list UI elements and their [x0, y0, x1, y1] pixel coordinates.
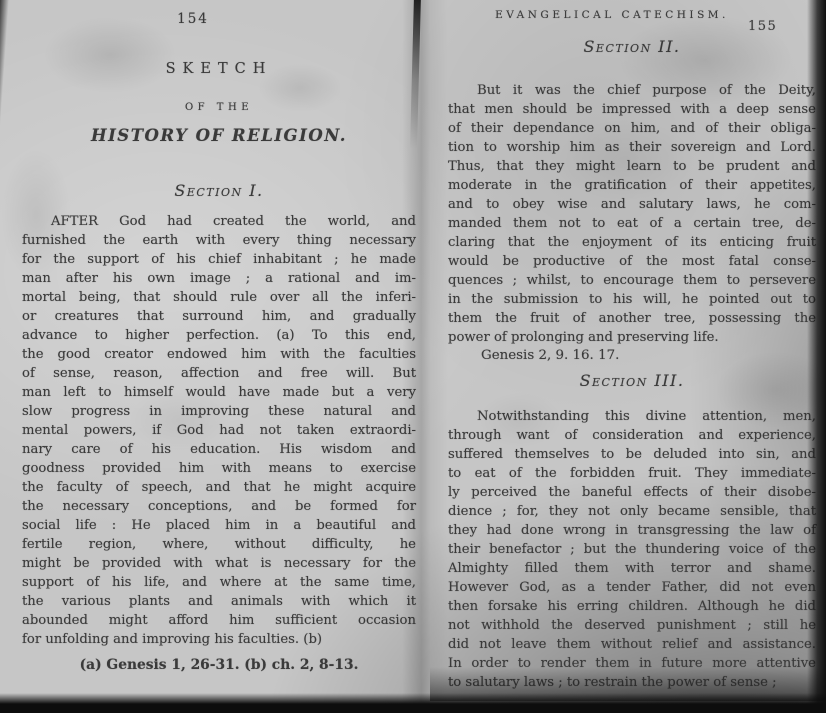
text-line: that men should be impressed with a deep…	[448, 100, 816, 119]
text-line: man after his own image ; a rational and…	[22, 269, 416, 288]
text-line: dience ; for, they not only became sensi…	[448, 502, 816, 521]
text-line: mental powers, if God had not taken extr…	[22, 421, 416, 440]
section-3-paragraph: Notwithstanding this divine attention, m…	[448, 407, 816, 692]
left-page-number: 154	[158, 11, 228, 27]
text-line: Thus, that they might learn to be pruden…	[448, 157, 816, 176]
text-line: the faculty of speech, and that he might…	[22, 478, 416, 497]
text-line: AFTER God had created the world, and	[22, 212, 416, 231]
text-line: In order to render them in future more a…	[448, 654, 816, 673]
text-line: and to obey wise and salutary laws, he c…	[448, 195, 816, 214]
text-line: or creatures that surround him, and grad…	[22, 307, 416, 326]
text-line: But it was the chief purpose of the Deit…	[448, 81, 816, 100]
text-line: social life : He placed him in a beautif…	[22, 516, 416, 535]
text-line: not withhold the deserved punishment ; s…	[448, 616, 816, 635]
text-line: quences ; whilst, to encourage them to p…	[448, 271, 816, 290]
section-2-paragraph: But it was the chief purpose of the Deit…	[448, 81, 816, 347]
text-line: power of prolonging and preserving life.	[448, 328, 816, 347]
text-line: fertile region, where, without difficult…	[22, 535, 416, 554]
text-line: through want of consideration and experi…	[448, 426, 816, 445]
text-line: in the submission to his will, he pointe…	[448, 290, 816, 309]
text-line: ly perceived the baneful effects of thei…	[448, 483, 816, 502]
text-line: to salutary laws ; to restrain the power…	[448, 673, 816, 692]
text-line: Notwithstanding this divine attention, m…	[448, 407, 816, 426]
text-line: support of his life, and where at the sa…	[22, 573, 416, 592]
text-line: for the support of his chief inhabitant …	[22, 250, 416, 269]
text-line: the necessary conceptions, and be formed…	[22, 497, 416, 516]
scanned-book-spread: 154 SKETCH OF THE HISTORY OF RELIGION. S…	[0, 0, 826, 713]
text-line: they had done wrong in transgressing the…	[448, 521, 816, 540]
text-line: for unfolding and improving his facultie…	[22, 630, 416, 649]
book-title-sketch: SKETCH	[22, 61, 416, 77]
text-line: their benefactor ; but the thundering vo…	[448, 540, 816, 559]
text-line: of sense, reason, affection and free wil…	[22, 364, 416, 383]
section-2-citation: Genesis 2, 9. 16. 17.	[481, 348, 619, 363]
bottom-book-edge-shadow	[0, 693, 826, 713]
book-title-history-of-religion: HISTORY OF RELIGION.	[22, 126, 416, 145]
book-title-of-the: OF THE	[22, 102, 416, 113]
text-line: tion to worship him as their sovereign a…	[448, 138, 816, 157]
text-line: suffered themselves to be deluded into s…	[448, 445, 816, 464]
text-line: Almighty filled them with terror and sha…	[448, 559, 816, 578]
text-line: the good creator endowed him with the fa…	[22, 345, 416, 364]
text-line: claring that the enjoyment of its entici…	[448, 233, 816, 252]
section-1-heading: Section I.	[22, 181, 416, 200]
text-line: to eat of the forbidden fruit. They imme…	[448, 464, 816, 483]
text-line: man left to himself would have made but …	[22, 383, 416, 402]
text-line: might be provided with what is necessary…	[22, 554, 416, 573]
text-line: slow progress in improving these natural…	[22, 402, 416, 421]
top-left-edge-sliver	[0, 0, 10, 125]
text-line: would be productive of the most fatal co…	[448, 252, 816, 271]
text-line: nary care of his education. His wisdom a…	[22, 440, 416, 459]
left-page-footnote: (a) Genesis 1, 26-31. (b) ch. 2, 8-13.	[22, 657, 416, 673]
text-line: abounded might afford him sufficient occ…	[22, 611, 416, 630]
section-2-heading: Section II.	[448, 37, 816, 56]
section-1-paragraph: AFTER God had created the world, andfurn…	[22, 212, 416, 649]
text-line: furnished the earth with every thing nec…	[22, 231, 416, 250]
text-line: then forsake his erring children. Althou…	[448, 597, 816, 616]
running-head: EVANGELICAL CATECHISM.	[448, 9, 776, 21]
text-line: moderate in the gratification of their a…	[448, 176, 816, 195]
text-line: the various plants and animals with whic…	[22, 592, 416, 611]
text-line: manded them not to eat of a certain tree…	[448, 214, 816, 233]
section-3-heading: Section III.	[448, 371, 816, 390]
right-page-number: 155	[748, 19, 777, 34]
text-line: goodness provided him with means to exer…	[22, 459, 416, 478]
text-line: advance to higher perfection. (a) To thi…	[22, 326, 416, 345]
text-line: of their dependance on him, and of their…	[448, 119, 816, 138]
text-line: mortal being, that should rule over all …	[22, 288, 416, 307]
text-line: However God, as a tender Father, did not…	[448, 578, 816, 597]
text-line: them the fruit of another tree, possessi…	[448, 309, 816, 328]
text-line: did not leave them without relief and as…	[448, 635, 816, 654]
